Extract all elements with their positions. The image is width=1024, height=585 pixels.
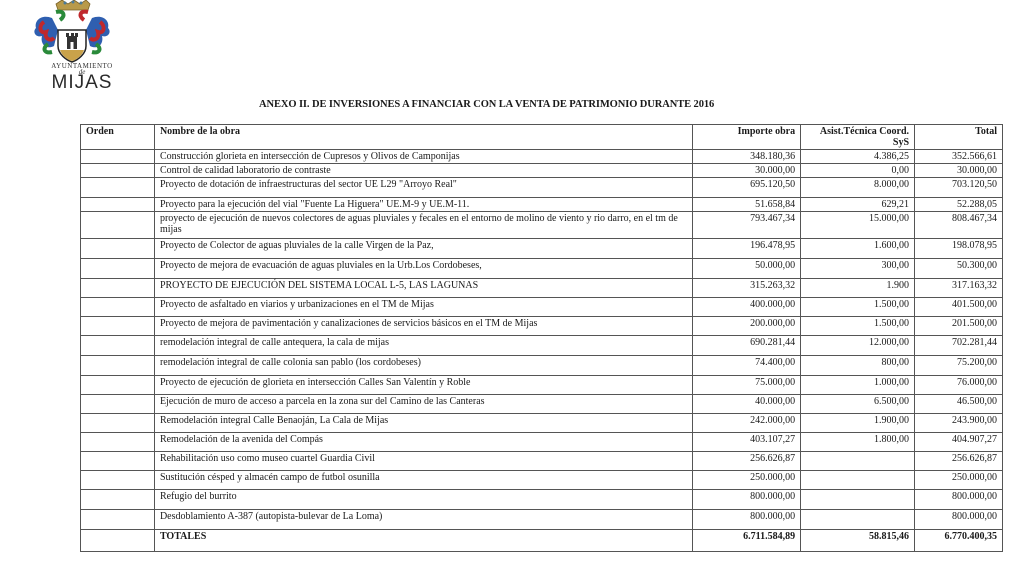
cell-total: 401.500,00 [915,298,1003,317]
cell-total: 30.000,00 [915,164,1003,178]
cell-orden [81,178,155,198]
cell-orden [81,164,155,178]
cell-asistencia: 15.000,00 [801,212,915,239]
cell-total: 250.000,00 [915,471,1003,490]
table-row: Proyecto de mejora de pavimentación y ca… [81,317,1003,336]
cell-total: 75.200,00 [915,356,1003,376]
cell-nombre: Proyecto de mejora de evacuación de agua… [154,259,692,279]
table-row: proyecto de ejecución de nuevos colector… [81,212,1003,239]
cell-orden [81,414,155,433]
cell-importe: 348.180,36 [693,150,801,164]
cell-nombre: remodelación integral de calle colonia s… [154,356,692,376]
cell-total: 50.300,00 [915,259,1003,279]
cell-nombre: Construcción glorieta en intersección de… [154,150,692,164]
cell-importe: 250.000,00 [693,471,801,490]
cell-asistencia: 1.500,00 [801,317,915,336]
cell-orden [81,452,155,471]
cell-total: 800.000,00 [915,490,1003,510]
cell-asistencia: 0,00 [801,164,915,178]
cell-orden [81,317,155,336]
cell-orden [81,376,155,395]
table-row: Proyecto para la ejecución del vial "Fue… [81,198,1003,212]
header-importe: Importe obra [693,125,801,150]
cell-orden [81,336,155,356]
cell-orden [81,298,155,317]
cell-asistencia: 300,00 [801,259,915,279]
cell-orden [81,356,155,376]
table-row: Sustitución césped y almacén campo de fu… [81,471,1003,490]
totals-label: TOTALES [154,530,692,552]
cell-nombre: Proyecto de ejecución de glorieta en int… [154,376,692,395]
cell-orden [81,395,155,414]
cell-importe: 242.000,00 [693,414,801,433]
cell-orden [81,150,155,164]
cell-nombre: PROYECTO DE EJECUCIÓN DEL SISTEMA LOCAL … [154,279,692,298]
header-orden: Orden [81,125,155,150]
cell-asistencia [801,510,915,530]
table-row: Proyecto de mejora de evacuación de agua… [81,259,1003,279]
cell-total: 198.078,95 [915,239,1003,259]
cell-asistencia: 1.800,00 [801,433,915,452]
cell-importe: 256.626,87 [693,452,801,471]
cell-orden [81,198,155,212]
cell-importe: 400.000,00 [693,298,801,317]
cell-nombre: Proyecto de dotación de infraestructuras… [154,178,692,198]
cell-importe: 200.000,00 [693,317,801,336]
table-header-row: Orden Nombre de la obra Importe obra Asi… [81,125,1003,150]
cell-nombre: Sustitución césped y almacén campo de fu… [154,471,692,490]
totals-total: 6.770.400,35 [915,530,1003,552]
cell-nombre: remodelación integral de calle antequera… [154,336,692,356]
cell-asistencia: 1.600,00 [801,239,915,259]
cell-importe: 50.000,00 [693,259,801,279]
cell-importe: 800.000,00 [693,510,801,530]
investments-table: Orden Nombre de la obra Importe obra Asi… [80,124,1003,552]
cell-importe: 40.000,00 [693,395,801,414]
cell-nombre: Proyecto de asfaltado en viarios y urban… [154,298,692,317]
cell-importe: 793.467,34 [693,212,801,239]
cell-asistencia: 1.000,00 [801,376,915,395]
table-row: PROYECTO DE EJECUCIÓN DEL SISTEMA LOCAL … [81,279,1003,298]
cell-total: 808.467,34 [915,212,1003,239]
table-row: Refugio del burrito800.000,00800.000,00 [81,490,1003,510]
cell-total: 800.000,00 [915,510,1003,530]
cell-nombre: Control de calidad laboratorio de contra… [154,164,692,178]
cell-total: 702.281,44 [915,336,1003,356]
cell-asistencia [801,471,915,490]
cell-asistencia: 800,00 [801,356,915,376]
cell-nombre: Proyecto de mejora de pavimentación y ca… [154,317,692,336]
cell-asistencia [801,452,915,471]
table-row: Remodelación integral Calle Benaoján, La… [81,414,1003,433]
cell-nombre: Remodelación integral Calle Benaoján, La… [154,414,692,433]
cell-total: 76.000,00 [915,376,1003,395]
table-row: Proyecto de asfaltado en viarios y urban… [81,298,1003,317]
cell-importe: 695.120,50 [693,178,801,198]
cell-orden [81,530,155,552]
table-row: Ejecución de muro de acceso a parcela en… [81,395,1003,414]
cell-total: 52.288,05 [915,198,1003,212]
cell-orden [81,279,155,298]
cell-nombre: proyecto de ejecución de nuevos colector… [154,212,692,239]
cell-importe: 74.400,00 [693,356,801,376]
cell-asistencia: 1.900 [801,279,915,298]
cell-nombre: Rehabilitación uso como museo cuartel Gu… [154,452,692,471]
cell-nombre: Ejecución de muro de acceso a parcela en… [154,395,692,414]
cell-orden [81,259,155,279]
cell-nombre: Refugio del burrito [154,490,692,510]
cell-asistencia: 4.386,25 [801,150,915,164]
table-row: Proyecto de Colector de aguas pluviales … [81,239,1003,259]
coat-of-arms-icon [22,0,122,64]
header-nombre: Nombre de la obra [154,125,692,150]
cell-total: 404.907,27 [915,433,1003,452]
cell-nombre: Remodelación de la avenida del Compás [154,433,692,452]
document-title: ANEXO II. DE INVERSIONES A FINANCIAR CON… [259,99,739,110]
cell-total: 317.163,32 [915,279,1003,298]
cell-nombre: Proyecto para la ejecución del vial "Fue… [154,198,692,212]
table-row: Control de calidad laboratorio de contra… [81,164,1003,178]
cell-importe: 690.281,44 [693,336,801,356]
table-row: Construcción glorieta en intersección de… [81,150,1003,164]
table-row: remodelación integral de calle colonia s… [81,356,1003,376]
table-row: remodelación integral de calle antequera… [81,336,1003,356]
cell-orden [81,471,155,490]
cell-asistencia [801,490,915,510]
cell-asistencia: 12.000,00 [801,336,915,356]
cell-asistencia: 629,21 [801,198,915,212]
cell-total: 46.500,00 [915,395,1003,414]
cell-total: 256.626,87 [915,452,1003,471]
table-row: Proyecto de dotación de infraestructuras… [81,178,1003,198]
table-row: Proyecto de ejecución de glorieta en int… [81,376,1003,395]
cell-orden [81,490,155,510]
cell-total: 243.900,00 [915,414,1003,433]
cell-nombre: Proyecto de Colector de aguas pluviales … [154,239,692,259]
cell-asistencia: 1.500,00 [801,298,915,317]
cell-importe: 51.658,84 [693,198,801,212]
cell-importe: 315.263,32 [693,279,801,298]
cell-orden [81,239,155,259]
cell-importe: 403.107,27 [693,433,801,452]
cell-importe: 30.000,00 [693,164,801,178]
cell-total: 201.500,00 [915,317,1003,336]
cell-asistencia: 1.900,00 [801,414,915,433]
cell-importe: 196.478,95 [693,239,801,259]
cell-total: 703.120,50 [915,178,1003,198]
header-asistencia: Asist.Técnica Coord. SyS [801,125,915,150]
municipal-logo: AYUNTAMIENTO de MIJAS [22,0,122,95]
cell-orden [81,212,155,239]
logo-text-mijas: MIJAS [30,72,134,94]
totals-row: TOTALES6.711.584,8958.815,466.770.400,35 [81,530,1003,552]
cell-importe: 800.000,00 [693,490,801,510]
totals-asistencia: 58.815,46 [801,530,915,552]
table-row: Desdoblamiento A-387 (autopista-bulevar … [81,510,1003,530]
cell-orden [81,510,155,530]
cell-orden [81,433,155,452]
cell-asistencia: 8.000,00 [801,178,915,198]
cell-importe: 75.000,00 [693,376,801,395]
cell-total: 352.566,61 [915,150,1003,164]
cell-asistencia: 6.500,00 [801,395,915,414]
table-row: Remodelación de la avenida del Compás403… [81,433,1003,452]
header-total: Total [915,125,1003,150]
cell-nombre: Desdoblamiento A-387 (autopista-bulevar … [154,510,692,530]
totals-importe: 6.711.584,89 [693,530,801,552]
table-row: Rehabilitación uso como museo cuartel Gu… [81,452,1003,471]
